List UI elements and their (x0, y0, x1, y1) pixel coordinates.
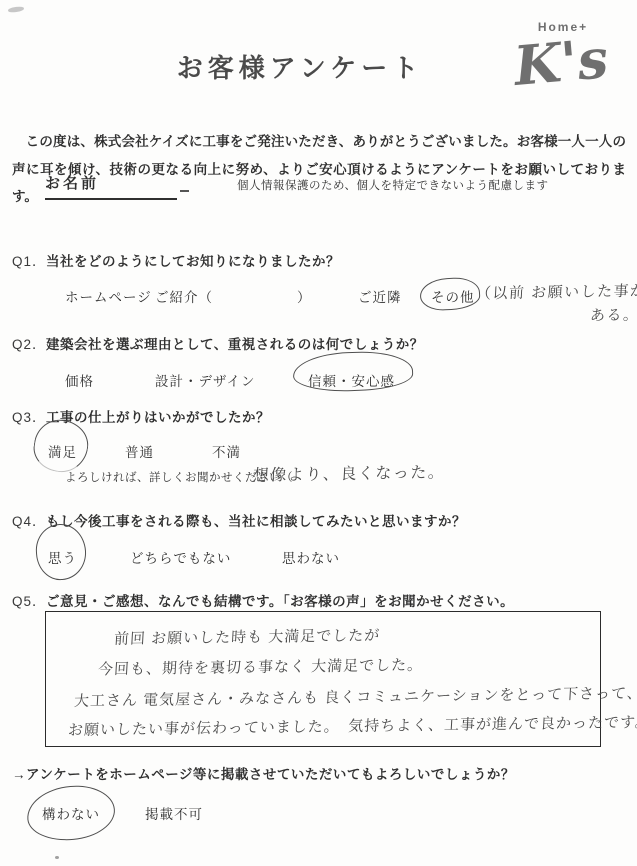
q2-selection-circle (292, 350, 413, 393)
name-redaction-mark (180, 190, 189, 192)
q2-question: 建築会社を選ぶ理由として、重視されるのは何でしょうか？ (46, 337, 424, 352)
q4-heading: Q4．もし今後工事をされる際も、当社に相談してみたいと思いますか？ (12, 510, 466, 530)
q1-question: 当社をどのようにしてお知りになりましたか？ (46, 254, 340, 269)
q5-comment-box: 前回 お願いした時も 大満足でしたが 今回も、期待を裏切る事なく 大満足でした。… (45, 611, 601, 747)
q4-question: もし今後工事をされる際も、当社に相談してみたいと思いますか？ (46, 514, 466, 529)
q4-option-neutral: どちらでもない (130, 547, 231, 567)
q1-selection-circle (419, 276, 481, 311)
q4-selection-circle (34, 522, 88, 581)
ks-logo-mark: K's (501, 29, 621, 96)
publish-question-text: →アンケートをホームページ等に掲載させていただいてもよろしいでしょうか？ (12, 767, 515, 782)
q3-number: Q3． (12, 406, 46, 426)
survey-sheet: お客様アンケート Home+ K's この度は、株式会社ケイズに工事をご発注いた… (0, 0, 637, 866)
q2-option-price: 価格 (65, 370, 94, 390)
q1-option-homepage: ホームページ (65, 286, 152, 306)
q5-comment-line: 前回 お願いした時も 大満足でしたが (113, 624, 380, 649)
name-field-label: お名前 (45, 172, 177, 200)
q5-heading: Q5．ご意見・ご感想、なんでも結構です。「お客様の声」をお聞かせください。 (12, 590, 514, 610)
q3-option-unsatisfied: 不満 (212, 441, 241, 461)
publish-option-no: 掲載不可 (145, 803, 203, 823)
q5-number: Q5． (12, 590, 46, 610)
q1-option-referral: ご紹介（ (155, 286, 213, 306)
q4-option-no: 思わない (282, 547, 340, 567)
q3-question: 工事の仕上がりはいかがでしたか？ (46, 410, 270, 425)
q2-heading: Q2．建築会社を選ぶ理由として、重視されるのは何でしょうか？ (12, 333, 424, 353)
q2-option-design: 設計・デザイン (155, 370, 256, 390)
privacy-note: 個人情報保護のため、個人を特定できないよう配慮します (237, 177, 549, 193)
scan-smudge-mark (8, 6, 25, 13)
q5-comment-line: 今回も、期待を裏切る事なく 大満足でした。 (97, 654, 423, 680)
q1-number: Q1． (12, 250, 46, 270)
q5-comment-line: 大工さん 電気屋さん・みなさんも 良くコミュニケーションをとって下さって、 (73, 682, 637, 711)
q1-option-neighbor: ご近隣 (358, 286, 402, 306)
q1-heading: Q1．当社をどのようにしてお知りになりましたか？ (12, 250, 340, 270)
q4-number: Q4． (12, 510, 46, 530)
ks-logo: Home+ K's (503, 20, 619, 91)
q1-option-referral-close: ） (297, 286, 312, 306)
q2-number: Q2． (12, 333, 46, 353)
q1-handwritten-answer-line1: （以前 お願いした事が (475, 279, 637, 303)
scan-dot-mark (55, 856, 59, 859)
q3-option-normal: 普通 (125, 441, 154, 461)
q3-handwritten-answer: 想像より、良くなった。 (252, 459, 446, 485)
q1-handwritten-answer-line2: ある。 (589, 304, 637, 326)
publish-question: →アンケートをホームページ等に掲載させていただいてもよろしいでしょうか？ (12, 763, 515, 783)
q5-comment-line: お願いしたい事が伝わっていました。 気持ちよく、工事が進んで良かったです。 (67, 711, 637, 740)
publish-selection-circle (25, 782, 117, 843)
q5-question: ご意見・ご感想、なんでも結構です。「お客様の声」をお聞かせください。 (46, 594, 514, 609)
